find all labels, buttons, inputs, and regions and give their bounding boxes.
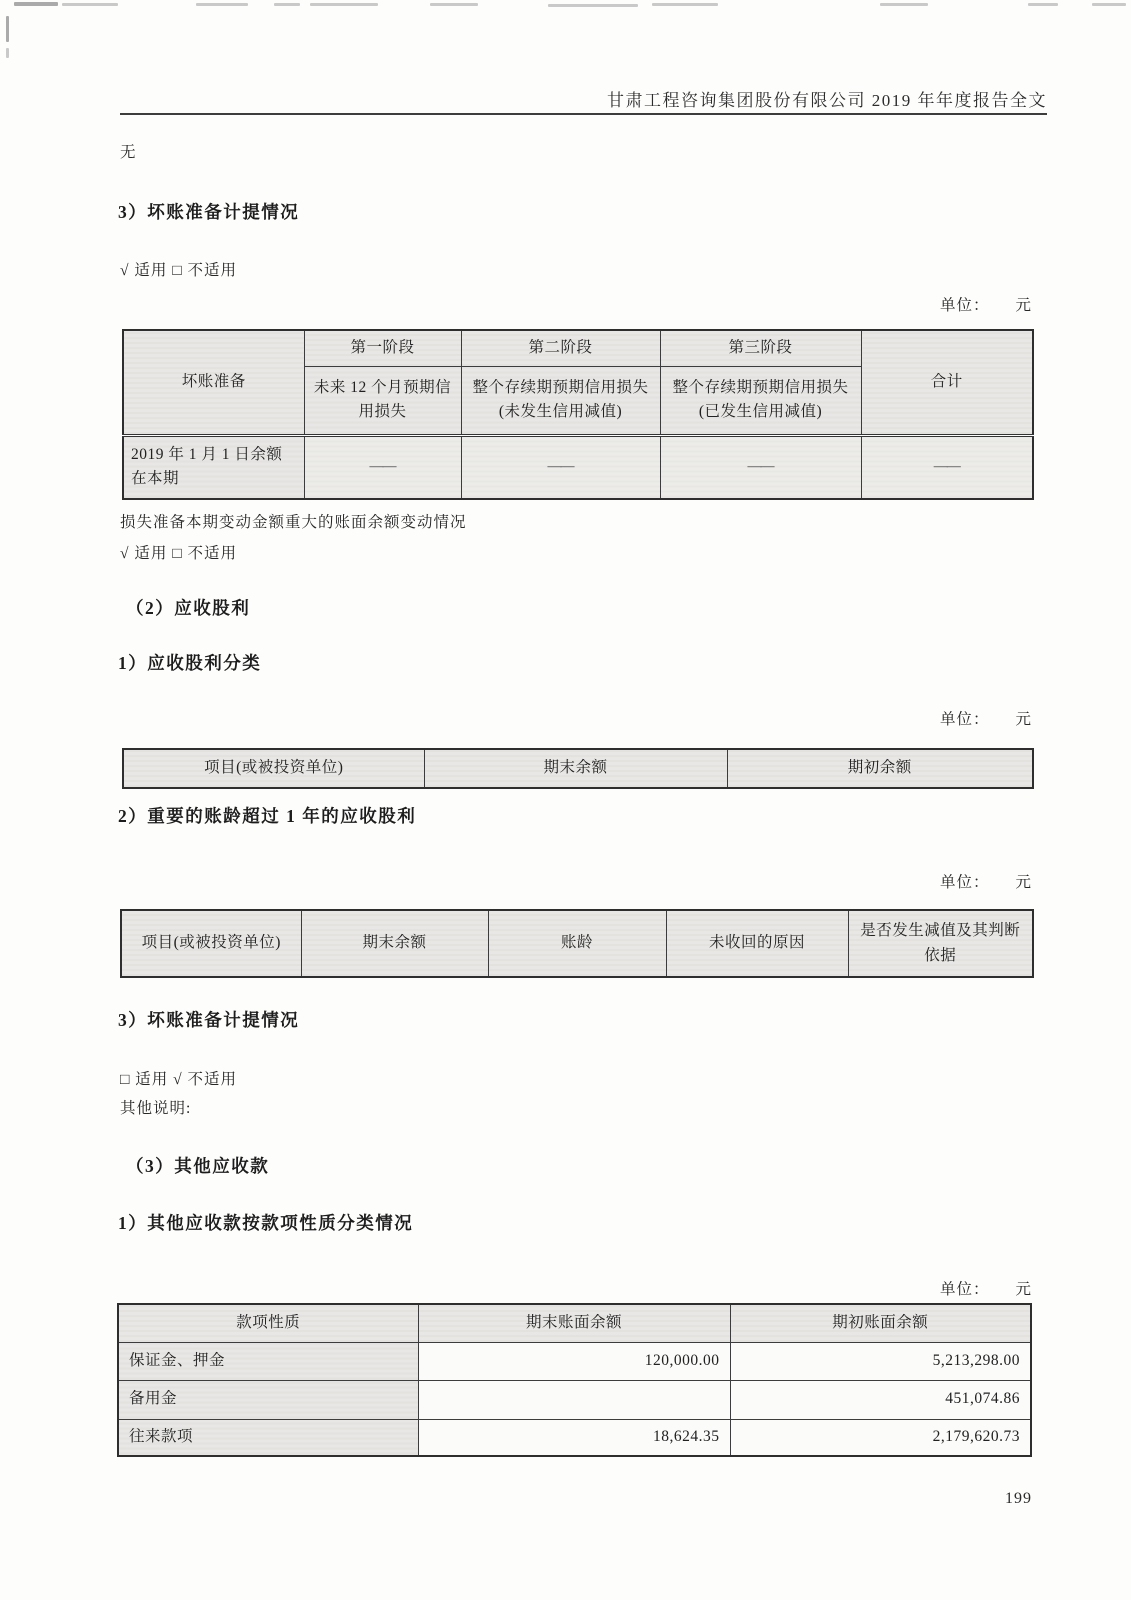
table3-header-aging: 账龄 [488, 910, 666, 977]
scan-artifact [1092, 3, 1126, 6]
table4-row0-beginning: 5,213,298.00 [730, 1342, 1031, 1380]
table-row: 项目(或被投资单位) 期末余额 期初余额 [123, 749, 1033, 788]
applicable-line-2: √ 适用 □ 不适用 [120, 541, 237, 563]
unit-line-2: 单位：元 [120, 707, 1032, 729]
table-row: 坏账准备 第一阶段 第二阶段 第三阶段 合计 [123, 330, 1033, 366]
table4-row1-name: 备用金 [118, 1380, 418, 1419]
unit-value: 元 [1015, 1281, 1032, 1298]
table1-stage1-value: —— [304, 435, 461, 499]
heading-bad-debt-provision-2: 3）坏账准备计提情况 [118, 1007, 299, 1032]
table3-header-reason: 未收回的原因 [666, 910, 848, 977]
page-number: 199 [120, 1490, 1032, 1508]
table4-header-ending-book-balance: 期末账面余额 [418, 1304, 730, 1342]
bad-debt-provision-table: 坏账准备 第一阶段 第二阶段 第三阶段 合计 未来 12 个月预期信用损失 整个… [122, 329, 1034, 500]
scan-artifact [14, 2, 58, 6]
table3-header-impairment: 是否发生减值及其判断依据 [848, 910, 1033, 977]
table-row: 2019 年 1 月 1 日余额在本期 —— —— —— —— [123, 435, 1033, 499]
table4-header-nature: 款项性质 [118, 1304, 418, 1342]
heading-other-receivables-classification: 1）其他应收款按款项性质分类情况 [118, 1210, 413, 1235]
unit-label: 单位： [940, 1281, 990, 1298]
table1-stage1-header: 第一阶段 [304, 330, 461, 366]
table1-total-value: —— [861, 435, 1033, 499]
table1-stage2-header: 第二阶段 [461, 330, 660, 366]
table1-stage3-value: —— [660, 435, 861, 499]
document-page: 甘肃工程咨询集团股份有限公司 2019 年年度报告全文 无 3）坏账准备计提情况… [0, 0, 1131, 1600]
table1-sub2-header: 整个存续期预期信用损失 (未发生信用减值) [461, 366, 660, 435]
unit-line-4: 单位：元 [120, 1277, 1032, 1299]
heading-dividends-over-1-year: 2）重要的账龄超过 1 年的应收股利 [118, 803, 416, 828]
table1-corner-cell: 坏账准备 [123, 330, 304, 435]
other-receivables-table: 款项性质 期末账面余额 期初账面余额 保证金、押金 120,000.00 5,2… [117, 1303, 1032, 1457]
unit-line-3: 单位：元 [120, 870, 1032, 892]
table-row: 款项性质 期末账面余额 期初账面余额 [118, 1304, 1031, 1342]
scan-artifact [62, 3, 118, 6]
unit-value: 元 [1015, 297, 1032, 314]
scan-artifact [274, 3, 300, 6]
table4-row1-beginning: 451,074.86 [730, 1380, 1031, 1419]
unit-label: 单位： [940, 874, 990, 891]
table-row: 备用金 451,074.86 [118, 1380, 1031, 1419]
dividends-classification-table: 项目(或被投资单位) 期末余额 期初余额 [122, 748, 1034, 789]
other-note: 其他说明: [120, 1096, 191, 1118]
report-header-title: 甘肃工程咨询集团股份有限公司 2019 年年度报告全文 [120, 86, 1047, 111]
table4-row2-name: 往来款项 [118, 1419, 418, 1456]
applicable-line-1: √ 适用 □ 不适用 [120, 258, 237, 280]
table3-header-ending-balance: 期末余额 [301, 910, 488, 977]
table4-row2-beginning: 2,179,620.73 [730, 1419, 1031, 1456]
scan-artifact [6, 16, 9, 42]
table1-total-header: 合计 [861, 330, 1033, 435]
table1-stage2-value: —— [461, 435, 660, 499]
table1-sub3-header: 整个存续期预期信用损失 (已发生信用减值) [660, 366, 861, 435]
scan-artifact [310, 3, 378, 6]
scan-artifact [430, 3, 478, 6]
scan-artifact [1028, 3, 1058, 6]
table-row: 保证金、押金 120,000.00 5,213,298.00 [118, 1342, 1031, 1380]
scan-artifact [548, 4, 638, 7]
table2-header-beginning-balance: 期初余额 [727, 749, 1033, 788]
heading-bad-debt-provision-1: 3）坏账准备计提情况 [118, 199, 299, 224]
scan-artifact [652, 3, 718, 6]
scan-artifact [196, 3, 248, 6]
table2-header-item: 项目(或被投资单位) [123, 749, 424, 788]
table3-header-item: 项目(或被投资单位) [121, 910, 301, 977]
table-row: 往来款项 18,624.35 2,179,620.73 [118, 1419, 1031, 1456]
table1-stage3-header: 第三阶段 [660, 330, 861, 366]
table1-sub1-header: 未来 12 个月预期信用损失 [304, 366, 461, 435]
heading-other-receivables: （3）其他应收款 [126, 1153, 269, 1178]
table2-header-ending-balance: 期末余额 [424, 749, 727, 788]
unit-label: 单位： [940, 711, 990, 728]
not-applicable-line: □ 适用 √ 不适用 [120, 1067, 237, 1089]
unit-value: 元 [1015, 874, 1032, 891]
unit-value: 元 [1015, 711, 1032, 728]
heading-dividends-receivable: （2）应收股利 [126, 595, 250, 620]
table4-header-beginning-book-balance: 期初账面余额 [730, 1304, 1031, 1342]
table-row: 项目(或被投资单位) 期末余额 账龄 未收回的原因 是否发生减值及其判断依据 [121, 910, 1033, 977]
table4-row0-name: 保证金、押金 [118, 1342, 418, 1380]
unit-label: 单位： [940, 297, 990, 314]
table4-row0-ending: 120,000.00 [418, 1342, 730, 1380]
scan-artifact [880, 3, 928, 6]
header-divider [120, 113, 1047, 115]
scan-artifact [6, 48, 9, 58]
none-text: 无 [120, 140, 137, 162]
unit-line-1: 单位：元 [120, 293, 1032, 315]
table1-row-label: 2019 年 1 月 1 日余额在本期 [123, 435, 304, 499]
table4-row2-ending: 18,624.35 [418, 1419, 730, 1456]
loss-change-note: 损失准备本期变动金额重大的账面余额变动情况 [120, 510, 467, 532]
table4-row1-ending [418, 1380, 730, 1419]
heading-dividends-classification: 1）应收股利分类 [118, 650, 261, 675]
dividends-aging-table: 项目(或被投资单位) 期末余额 账龄 未收回的原因 是否发生减值及其判断依据 [120, 909, 1034, 978]
